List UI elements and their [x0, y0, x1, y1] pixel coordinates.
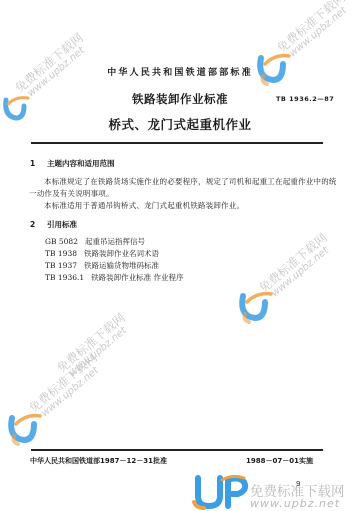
issuing-organization: 中华人民共和国铁道部部标准 [0, 65, 360, 78]
reference-title: 铁路装卸作业名词术语 [84, 249, 159, 258]
reference-item: TB 1937铁路运输货物堆码标准 [45, 260, 159, 271]
reference-code: TB 1936.1 [45, 273, 84, 282]
page-number: 9 [296, 480, 300, 488]
watermark-url-large: www.upbz.net [250, 497, 340, 510]
reference-title: 铁路装卸作业标准 作业程序 [91, 273, 183, 282]
reference-title: 铁路运输货物堆码标准 [84, 261, 159, 270]
reference-item: TB 1936.1铁路装卸作业标准 作业程序 [45, 272, 184, 283]
reference-item: TB 1938铁路装卸作业名词术语 [45, 248, 159, 259]
reference-title: 起重吊运指挥信号 [85, 237, 145, 246]
watermark-text-middle-right: 免费标准下载网 www.upbz.net [257, 231, 336, 303]
reference-code: GB 5082 [45, 237, 78, 246]
section-heading-2: 2引用标准 [30, 219, 77, 230]
reference-code: TB 1937 [45, 261, 77, 270]
section-heading-1: 1主题内容和适用范围 [30, 158, 115, 169]
section-number: 1 [30, 159, 47, 168]
reference-code: TB 1938 [45, 249, 77, 258]
up-logo-icon [192, 474, 250, 510]
standard-code: TB 1936.2—87 [276, 95, 334, 103]
header-divider [31, 142, 323, 144]
section-title: 引用标准 [47, 220, 77, 229]
paragraph-line: 本标准规定了在铁路货场实施作业的必要程序，规定了司机和起重工在起重作业中的统 [44, 176, 337, 187]
watermark-logo-bottom-right [192, 474, 250, 511]
reference-item: GB 5082起重吊运指挥信号 [45, 236, 145, 247]
document-subtitle: 桥式、龙门式起重机作业 [0, 115, 360, 133]
paragraph-line: 一动作及有关说明事项。 [29, 188, 114, 199]
approval-statement: 中华人民共和国铁道部1987－12－31批准 [30, 456, 167, 466]
effective-date: 1988－07－01实施 [246, 456, 313, 466]
section-title: 主题内容和适用范围 [47, 159, 115, 168]
document-page: 免费标准下载网 www.upbz.net 免费标准下载网 www.upbz.ne… [0, 0, 360, 511]
paragraph-line: 本标准适用于普通吊钩桥式、龙门式起重机铁路装卸作业。 [44, 200, 244, 211]
watermark-text-top-right: 免费标准下载网 www.upbz.net [275, 0, 354, 63]
section-number: 2 [30, 220, 47, 229]
footer-divider [31, 449, 323, 451]
